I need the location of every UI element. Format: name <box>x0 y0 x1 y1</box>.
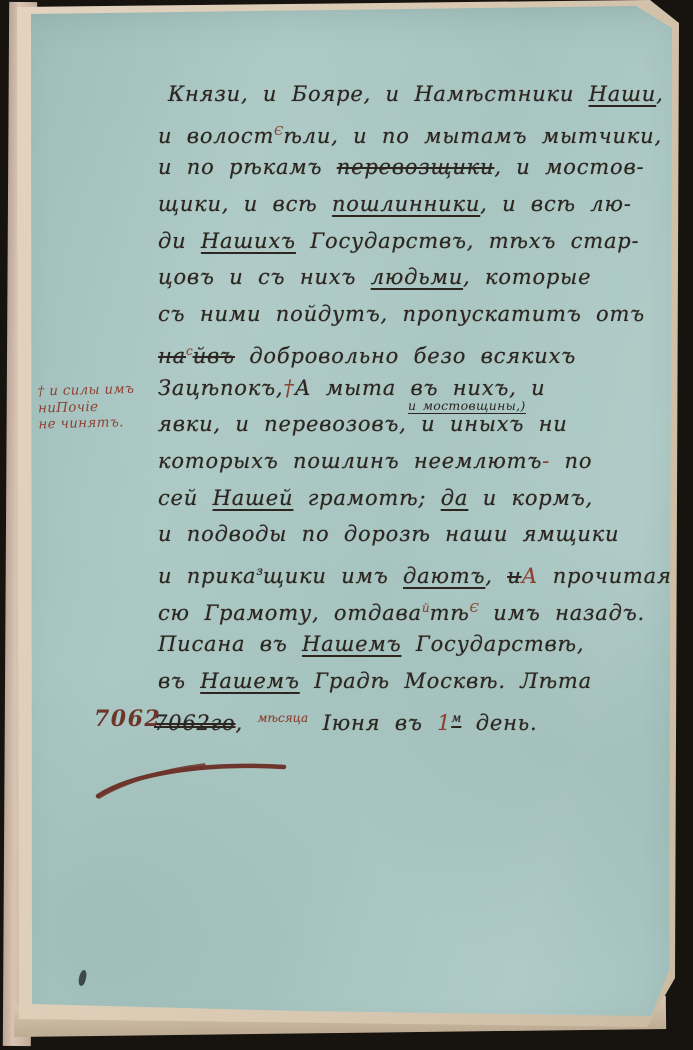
text-segment: мѣсяца <box>257 711 308 725</box>
text-segment: йвъ <box>193 344 235 368</box>
text-segment: Государствъ, тѣхъ стар- <box>296 229 640 253</box>
text-segment: день. <box>461 711 537 735</box>
text-segment: Наши <box>589 82 656 106</box>
text-segment: Писана въ <box>158 632 302 656</box>
margin-note-line: † и силы имъ <box>37 381 149 400</box>
margin-note-line: не чинятъ. <box>38 414 150 433</box>
manuscript-line: щики, и всѣ пошлинники, и всѣ лю- <box>158 186 650 223</box>
manuscript-line: Зацѣпокъ,†А мыта въ нихъ, и <box>158 370 650 407</box>
text-segment: А мыта въ нихъ, и <box>295 376 546 400</box>
text-segment: м <box>451 711 461 725</box>
manuscript-line: Князи, и Бояре, и Намѣстники Наши, <box>168 76 650 113</box>
text-segment: , <box>485 564 507 588</box>
text-segment: Нашихъ <box>201 229 296 253</box>
text-segment: , и всѣ лю- <box>480 192 632 216</box>
text-segment: и кормъ, <box>468 486 593 510</box>
text-segment: щики, и всѣ <box>158 192 332 216</box>
text-segment: явки, и перевозовъ, и иныхъ ни <box>158 412 568 436</box>
text-segment: Зацѣпокъ, <box>158 376 283 400</box>
text-segment: † <box>283 376 294 400</box>
manuscript-line: и по рѣкамъ перевозщики, и мостов- <box>158 149 650 186</box>
text-segment: и по рѣкамъ <box>158 155 337 179</box>
manuscript-line: сей Нашей грамотѣ; да и кормъ, <box>158 480 650 517</box>
text-segment: пошлинники <box>332 192 480 216</box>
text-segment: имъ назадъ. <box>479 601 645 625</box>
text-segment: й <box>422 601 430 615</box>
text-segment: Є <box>274 124 283 138</box>
text-segment: , <box>656 82 663 106</box>
text-segment: на <box>158 344 186 368</box>
text-segment: даютъ <box>403 564 485 588</box>
text-segment: - <box>542 449 550 473</box>
text-segment: перевозщики <box>337 155 495 179</box>
text-segment: щики имъ <box>263 564 403 588</box>
margin-note-red: † и силы имъ ниПочіе не чинятъ. <box>37 381 150 433</box>
manuscript-page: Князи, и Бояре, и Намѣстники Наши,и воло… <box>0 0 693 1050</box>
text-segment: с <box>186 344 193 358</box>
text-segment: которыхъ пошлинъ неемлютъ <box>158 449 542 473</box>
manuscript-line: въ Нашемъ Градѣ Москвѣ. Лѣта <box>158 663 650 700</box>
interlinear-insertion: и мостовщины,) <box>408 399 526 414</box>
text-segment: 7062го <box>154 711 236 735</box>
manuscript-line: насйвъ добровольно безо всякихъ <box>158 333 650 370</box>
text-segment: ѣли, и по мытамъ мытчики, <box>283 124 662 148</box>
text-segment: Нашей <box>213 486 294 510</box>
text-segment: цовъ и съ нихъ <box>158 265 371 289</box>
text-segment: , и мостов- <box>494 155 644 179</box>
text-segment: ди <box>158 229 201 253</box>
text-segment: 1 <box>437 711 451 735</box>
manuscript-line: цовъ и съ нихъ людьми, которые <box>158 259 650 296</box>
text-segment: добровольно безо всякихъ <box>235 344 576 368</box>
text-segment: , которые <box>463 265 591 289</box>
folio-number: 7062 <box>94 706 161 732</box>
manuscript-line: и подводы по дорозѣ наши ямщики <box>158 516 650 553</box>
manuscript-line: и приказщики имъ даютъ, иА прочитая <box>158 553 650 590</box>
manuscript-line: и мостовщины,)явки, и перевозовъ, и иных… <box>158 406 650 443</box>
text-segment: Нашемъ <box>200 669 299 693</box>
text-segment: Князи, и Бояре, и Намѣстники <box>168 82 589 106</box>
text-segment: и подводы по дорозѣ наши ямщики <box>158 522 619 546</box>
manuscript-line: съ ними пойдутъ, пропускатитъ отъ <box>158 296 650 333</box>
text-segment: и волост <box>158 124 274 148</box>
text-segment: по <box>550 449 592 473</box>
text-segment: и <box>507 564 521 588</box>
text-segment: Є <box>470 601 479 615</box>
manuscript-line: сю Грамоту, отдавайтѣЄ имъ назадъ. <box>158 590 650 627</box>
text-segment: грамотѣ; <box>293 486 441 510</box>
text-segment: А <box>522 564 539 588</box>
text-segment: прочитая <box>538 564 671 588</box>
manuscript-line: которыхъ пошлинъ неемлютъ- по <box>158 443 650 480</box>
manuscript-line: ди Нашихъ Государствъ, тѣхъ стар- <box>158 223 650 260</box>
text-segment: въ <box>158 669 200 693</box>
text-segment: да <box>441 486 468 510</box>
text-segment: тѣ <box>430 601 470 625</box>
ink-flourish <box>92 756 292 804</box>
text-segment: , <box>236 711 258 735</box>
manuscript-line: Писана въ Нашемъ Государствѣ, <box>158 626 650 663</box>
text-segment: Государствѣ, <box>401 632 584 656</box>
manuscript-line: и волостЄѣли, и по мытамъ мытчики, <box>158 113 650 150</box>
manuscript-text: Князи, и Бояре, и Намѣстники Наши,и воло… <box>158 76 650 736</box>
text-segment: Градѣ Москвѣ. Лѣта <box>300 669 592 693</box>
scanned-manuscript-photo: Князи, и Бояре, и Намѣстники Наши,и воло… <box>0 0 693 1050</box>
text-segment: сю Грамоту, отдава <box>158 601 422 625</box>
text-segment: людьми <box>371 265 463 289</box>
text-segment: съ ними пойдутъ, пропускатитъ отъ <box>158 302 645 326</box>
text-segment: Іюня въ <box>308 711 437 735</box>
text-segment: и прика <box>158 564 256 588</box>
text-segment: сей <box>158 486 213 510</box>
manuscript-line: 7062го, мѣсяца Іюня въ 1м день. <box>154 700 650 737</box>
text-segment: Нашемъ <box>302 632 401 656</box>
